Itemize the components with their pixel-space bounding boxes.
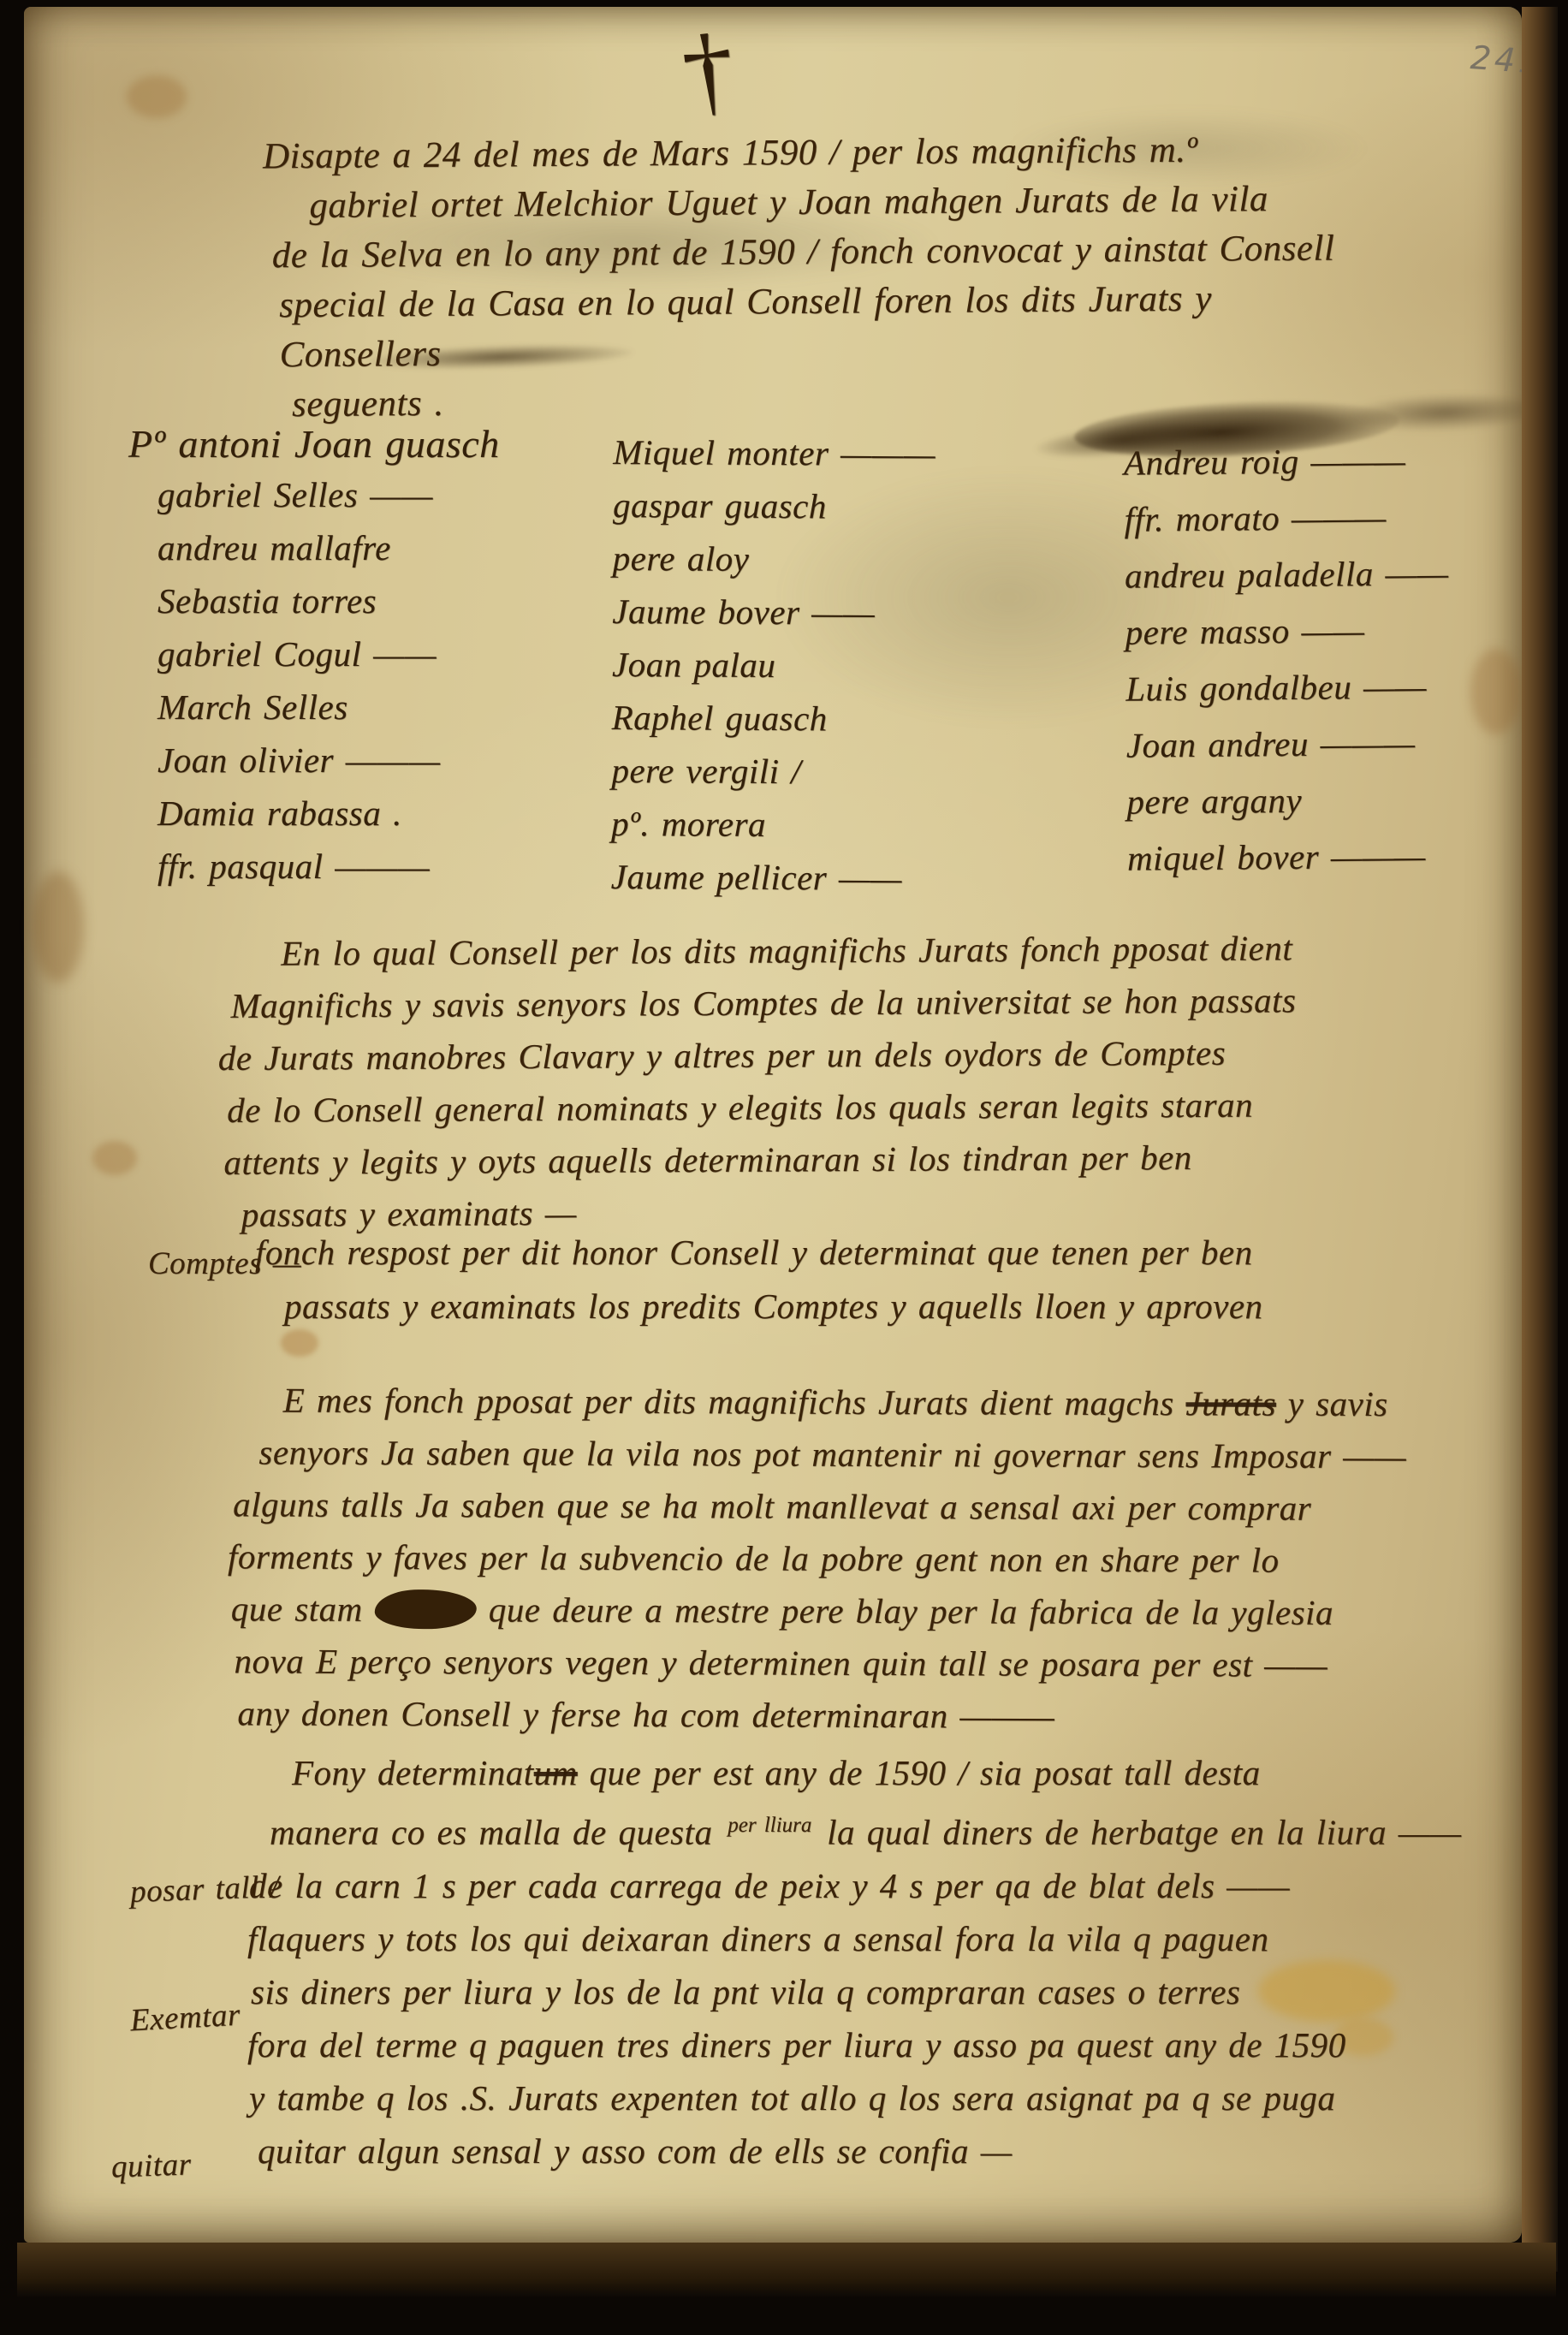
manuscript-page: 241 † Disapte a 24 del mes de Mars 1590 … bbox=[24, 7, 1522, 2243]
body-line: fora del terme q paguen tres diners per … bbox=[247, 2018, 1553, 2071]
line-segment: manera co es malla de questa bbox=[270, 1813, 724, 1852]
body-line: senyors Ja saben que la vila nos pot man… bbox=[258, 1426, 1532, 1482]
heading-line: de la Selva en lo any pnt de 1590 / fonc… bbox=[272, 224, 1335, 282]
body-line: flaquers y tots los qui deixaran diners … bbox=[247, 1912, 1553, 1965]
body-line: attents y legits y oyts aquells determin… bbox=[223, 1130, 1528, 1189]
line-segment: Fony determinat bbox=[292, 1753, 534, 1792]
body-line: de Jurats manobres Clavary y altres per … bbox=[218, 1025, 1528, 1084]
stain bbox=[1470, 649, 1522, 734]
ink-smudge bbox=[1341, 390, 1547, 435]
attendee-name: andreu mallafre bbox=[157, 527, 500, 580]
struck-word: Jurats bbox=[1185, 1383, 1276, 1423]
line-segment: E mes fonch pposat per dits magnifichs J… bbox=[283, 1381, 1186, 1423]
second-proposal-paragraph: E mes fonch pposat per dits magnifichs J… bbox=[222, 1374, 1532, 1744]
body-line: En lo qual Consell per los dits magnific… bbox=[281, 921, 1527, 980]
attendee-column-1: Pº antoni Joan guasch gabriel Selles —— … bbox=[128, 421, 500, 899]
body-line: nova E perço senyors vegen y determinen … bbox=[234, 1635, 1531, 1691]
attendee-name: gaspar guasch bbox=[613, 484, 935, 539]
attendee-name: andreu paladella —— bbox=[1125, 552, 1449, 611]
body-line: de lo Consell general nominats y elegits… bbox=[227, 1078, 1528, 1137]
struck-word: um bbox=[534, 1753, 578, 1792]
line-segment: y savis bbox=[1276, 1384, 1388, 1423]
line-segment: que stam bbox=[231, 1589, 375, 1629]
stain bbox=[92, 1141, 137, 1175]
attendee-name: Jaume pellicer —— bbox=[611, 856, 934, 911]
attendee-name: Joan olivier ——— bbox=[157, 740, 500, 793]
line-segment: que per est any de 1590 / sia posat tall… bbox=[578, 1753, 1261, 1792]
cross-mark: † bbox=[676, 9, 741, 131]
attendee-name: Joan palau bbox=[612, 644, 935, 698]
proposal-paragraph: En lo qual Consell per los dits magnific… bbox=[217, 921, 1529, 1241]
body-line: passats y examinats los predits Comptes … bbox=[284, 1280, 1565, 1334]
heading-paragraph: Disapte a 24 del mes de Mars 1590 / per … bbox=[256, 125, 1336, 431]
attendee-name: Jaume bover —— bbox=[612, 591, 935, 645]
attendee-name: gabriel Selles —— bbox=[157, 474, 500, 527]
attendee-name: Miquel monter ——— bbox=[613, 431, 935, 486]
interlinear-insertion: per lliura bbox=[728, 1814, 811, 1837]
attendee-name: miquel bover ——— bbox=[1127, 835, 1452, 894]
attendee-name: Pº antoni Joan guasch bbox=[128, 421, 500, 474]
body-line: Fony determinatum que per est any de 159… bbox=[292, 1746, 1553, 1799]
body-line: manera co es malla de questa per lliura … bbox=[270, 1799, 1553, 1859]
body-line: E mes fonch pposat per dits magnifichs J… bbox=[283, 1375, 1533, 1431]
attendee-name: Andreu roig ——— bbox=[1124, 439, 1448, 498]
body-line: de la carn 1 s per cada carrega de peix … bbox=[249, 1859, 1553, 1912]
line-segment: la qual diners de herbatge en la liura —… bbox=[815, 1813, 1461, 1852]
attendee-name: pere vergili / bbox=[611, 750, 934, 805]
margin-note-exemtar: Exemtar bbox=[129, 1997, 241, 2040]
heading-line: gabriel ortet Melchior Uguet y Joan mahg… bbox=[309, 175, 1334, 231]
ink-blot: ◼◼◼ bbox=[374, 1589, 477, 1629]
attendee-name: Sebastia torres bbox=[157, 580, 500, 633]
attendee-name: Luis gondalbeu —— bbox=[1126, 665, 1450, 724]
attendee-name: ffr. pasqual ——— bbox=[157, 846, 500, 899]
resolution-paragraph: fonch respost per dit honor Consell y de… bbox=[255, 1226, 1565, 1334]
stain bbox=[127, 75, 187, 118]
attendee-name: pº. morera bbox=[611, 803, 934, 858]
stain bbox=[33, 871, 84, 983]
attendee-column-2: Miquel monter ——— gaspar guasch pere alo… bbox=[611, 431, 936, 911]
body-line: y tambe q los .S. Jurats expenten tot al… bbox=[249, 2071, 1553, 2124]
book-edge-right bbox=[1522, 7, 1558, 2272]
determination-paragraph: Fony determinatum que per est any de 159… bbox=[244, 1746, 1553, 2178]
body-line: sis diners per liura y los de la pnt vil… bbox=[251, 1965, 1553, 2018]
attendee-name: Raphel guasch bbox=[612, 697, 935, 752]
attendee-name: Joan andreu ——— bbox=[1126, 722, 1451, 781]
margin-note-quitar: quitar bbox=[110, 2146, 192, 2185]
attendee-name: ffr. morato ——— bbox=[1124, 496, 1448, 555]
body-line: any donen Consell y ferse ha com determi… bbox=[237, 1687, 1531, 1744]
heading-line: special de la Casa en lo qual Consell fo… bbox=[279, 274, 1336, 381]
heading-line: Disapte a 24 del mes de Mars 1590 / per … bbox=[263, 125, 1334, 182]
attendee-name: Damia rabassa . bbox=[157, 793, 500, 846]
body-line: alguns talls Ja saben que se ha molt man… bbox=[233, 1478, 1532, 1535]
attendee-name: March Selles bbox=[157, 686, 500, 740]
attendee-column-3: Andreu roig ——— ffr. morato ——— andreu p… bbox=[1124, 439, 1452, 894]
body-line: fonch respost per dit honor Consell y de… bbox=[255, 1226, 1565, 1280]
body-line: Magnifichs y savis senyors los Comptes d… bbox=[230, 973, 1527, 1032]
manuscript-photo: 241 † Disapte a 24 del mes de Mars 1590 … bbox=[0, 0, 1568, 2335]
body-line: quitar algun sensal y asso com de ells s… bbox=[258, 2124, 1553, 2178]
line-segment: que deure a mestre pere blay per la fabr… bbox=[477, 1589, 1333, 1631]
attendee-name: pere masso —— bbox=[1125, 609, 1449, 668]
book-edge-bottom bbox=[17, 2243, 1556, 2297]
attendee-name: pere argany bbox=[1126, 778, 1451, 837]
body-line: forments y faves per la subvencio de la … bbox=[228, 1530, 1532, 1587]
attendee-name: pere aloy bbox=[612, 538, 935, 592]
body-line: que stam ◼◼◼ que deure a mestre pere bla… bbox=[231, 1583, 1532, 1639]
attendee-name: gabriel Cogul —— bbox=[157, 633, 500, 686]
